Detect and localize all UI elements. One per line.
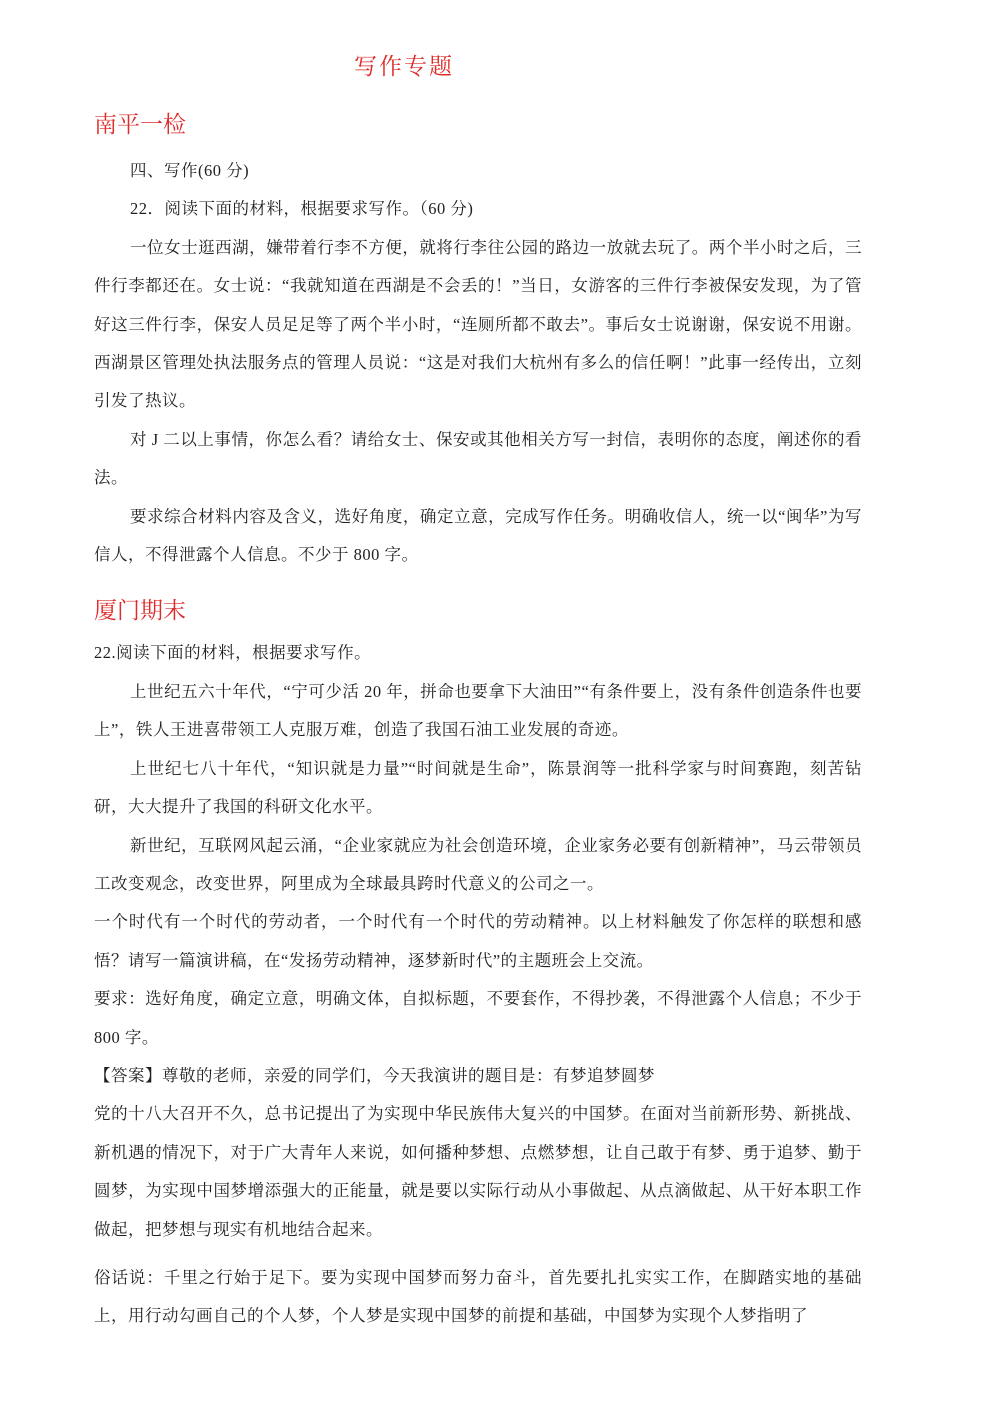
answer-paragraph-1: 党的十八大召开不久，总书记提出了为实现中华民族伟大复兴的中国梦。在面对当前新形势… [94, 1095, 862, 1249]
question-instruction: 22.阅读下面的材料，根据要求写作。 [94, 634, 862, 672]
material-paragraph-1: 上世纪五六十年代，“宁可少活 20 年，拼命也要拿下大油田”“有条件要上，没有条… [94, 673, 862, 750]
material-paragraph-2: 上世纪七八十年代，“知识就是力量”“时间就是生命”，陈景润等一批科学家与时间赛跑… [94, 750, 862, 827]
section-body-xiamen: 22.阅读下面的材料，根据要求写作。 上世纪五六十年代，“宁可少活 20 年，拼… [94, 634, 862, 1335]
section-body-nanping: 四、写作(60 分) 22．阅读下面的材料，根据要求写作。（60 分) 一位女士… [94, 152, 862, 574]
prompt-paragraph: 一个时代有一个时代的劳动者，一个时代有一个时代的劳动精神。以上材料触发了你怎样的… [94, 903, 862, 980]
question-instruction: 22．阅读下面的材料，根据要求写作。（60 分) [94, 190, 862, 228]
requirements-paragraph: 要求：选好角度，确定立意，明确文体，自拟标题，不要套作，不得抄袭，不得泄露个人信… [94, 980, 862, 1057]
answer-intro-paragraph: 【答案】尊敬的老师，亲爱的同学们，今天我演讲的题目是：有梦追梦圆梦 [94, 1057, 862, 1095]
section-heading-nanping: 南平一检 [94, 110, 862, 140]
section-question-header: 四、写作(60 分) [94, 152, 862, 190]
answer-paragraph-2: 俗话说：千里之行始于足下。要为实现中国梦而努力奋斗，首先要扎扎实实工作，在脚踏实… [94, 1259, 862, 1336]
material-paragraph: 一位女士逛西湖，嫌带着行李不方便，就将行李往公园的路边一放就去玩了。两个半小时之… [94, 229, 862, 421]
material-paragraph-3: 新世纪，互联网风起云涌，“企业家就应为社会创造环境，企业家务必要有创新精神”，马… [94, 827, 862, 904]
section-heading-xiamen: 厦门期末 [94, 596, 862, 626]
page-title: 写作专题 [94, 52, 714, 82]
document-page: 写作专题 南平一检 四、写作(60 分) 22．阅读下面的材料，根据要求写作。（… [0, 0, 992, 1403]
task-paragraph: 对 J 二以上事情，你怎么看？请给女士、保安或其他相关方写一封信，表明你的态度，… [94, 421, 862, 498]
requirements-paragraph: 要求综合材料内容及含义，选好角度，确定立意，完成写作任务。明确收信人，统一以“闽… [94, 498, 862, 575]
